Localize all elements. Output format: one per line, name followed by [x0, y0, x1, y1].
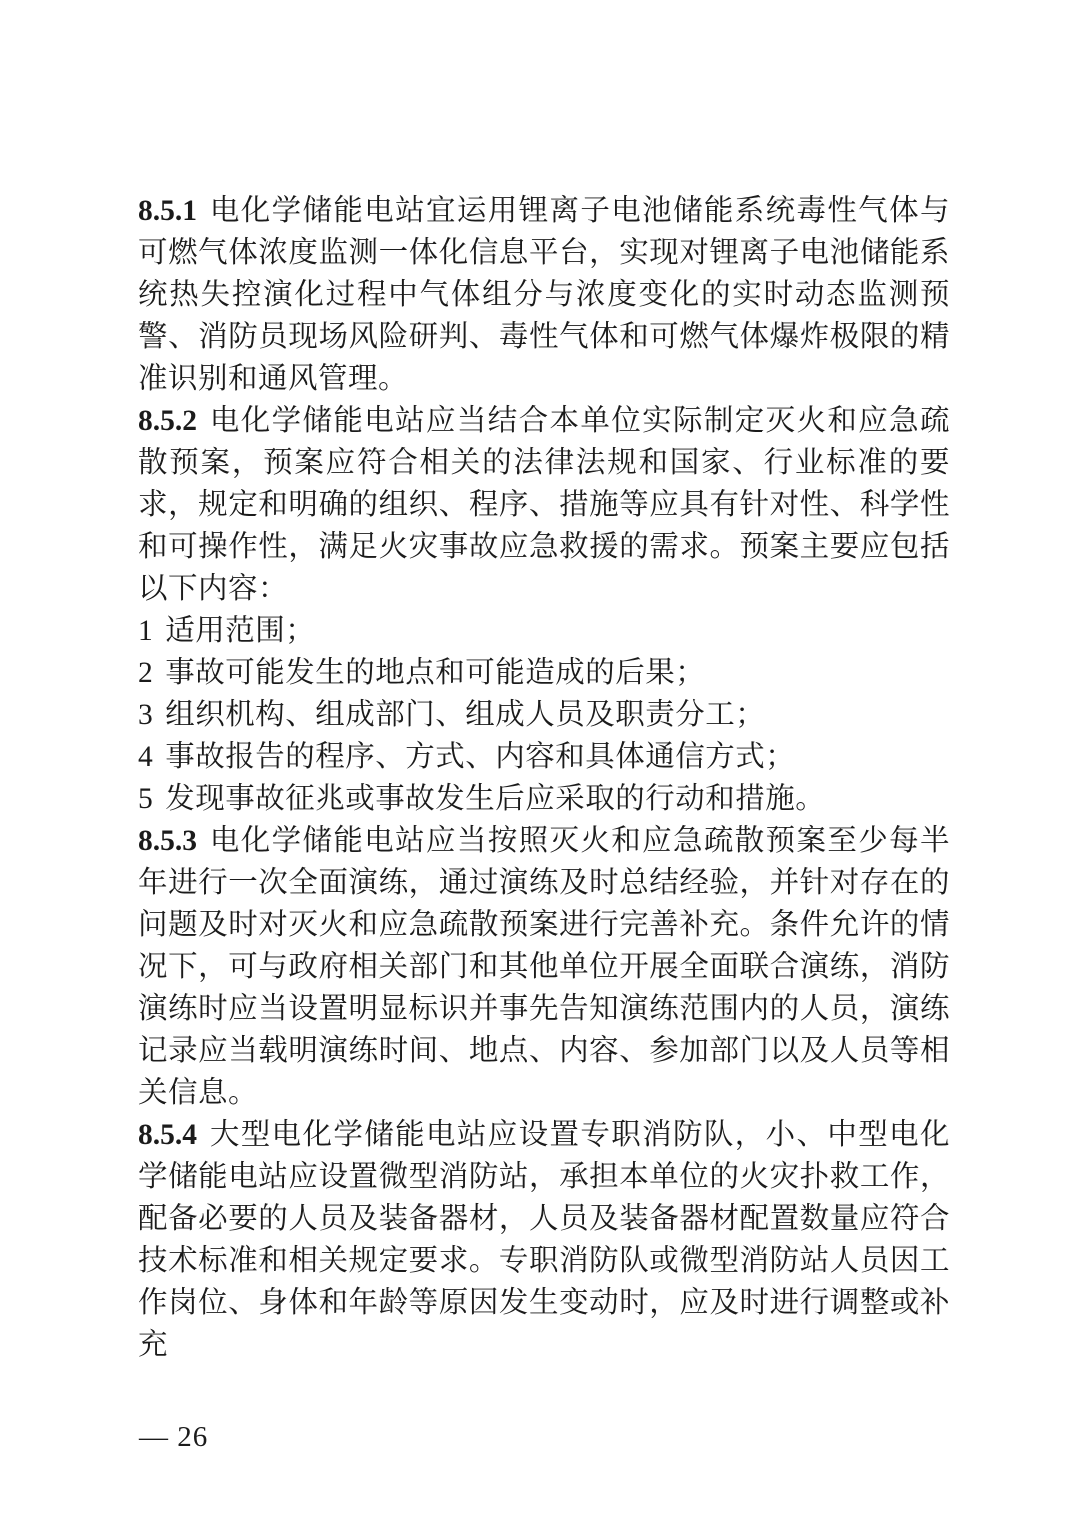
list-item: 3组织机构、组成部门、组成人员及职责分工； — [138, 694, 950, 736]
clause-8-5-2: 8.5.2电化学储能电站应当结合本单位实际制定灭火和应急疏散预案，预案应符合相关… — [138, 400, 950, 610]
clause-number: 8.5.4 — [138, 1119, 197, 1151]
list-item: 4事故报告的程序、方式、内容和具体通信方式； — [138, 736, 950, 778]
list-item-marker: 2 — [138, 657, 153, 689]
list-item-marker: 4 — [138, 741, 153, 773]
clause-number: 8.5.1 — [138, 195, 197, 227]
clause-8-5-3: 8.5.3电化学储能电站应当按照灭火和应急疏散预案至少每半年进行一次全面演练，通… — [138, 820, 950, 1114]
list-item-text: 组织机构、组成部门、组成人员及职责分工； — [165, 699, 765, 731]
page-number: — 26 — [139, 1420, 208, 1454]
list-item-text: 发现事故征兆或事故发生后应采取的行动和措施。 — [165, 783, 825, 815]
list-item-text: 事故报告的程序、方式、内容和具体通信方式； — [165, 741, 795, 773]
list-item: 2事故可能发生的地点和可能造成的后果； — [138, 652, 950, 694]
list-item-marker: 5 — [138, 783, 153, 815]
list-item-marker: 3 — [138, 699, 153, 731]
clause-text: 大型电化学储能电站应设置专职消防队，小、中型电化学储能电站应设置微型消防站，承担… — [138, 1119, 950, 1361]
clause-text: 电化学储能电站应当按照灭火和应急疏散预案至少每半年进行一次全面演练，通过演练及时… — [138, 825, 950, 1109]
list-item-marker: 1 — [138, 615, 153, 647]
clause-8-5-4: 8.5.4大型电化学储能电站应设置专职消防队，小、中型电化学储能电站应设置微型消… — [138, 1114, 950, 1366]
clause-text: 电化学储能电站应当结合本单位实际制定灭火和应急疏散预案，预案应符合相关的法律法规… — [138, 405, 950, 605]
clause-number: 8.5.3 — [138, 825, 197, 857]
list-item: 5发现事故征兆或事故发生后应采取的行动和措施。 — [138, 778, 950, 820]
document-body: 8.5.1电化学储能电站宜运用锂离子电池储能系统毒性气体与可燃气体浓度监测一体化… — [138, 190, 950, 1366]
clause-8-5-1: 8.5.1电化学储能电站宜运用锂离子电池储能系统毒性气体与可燃气体浓度监测一体化… — [138, 190, 950, 400]
clause-number: 8.5.2 — [138, 405, 197, 437]
document-page: 8.5.1电化学储能电站宜运用锂离子电池储能系统毒性气体与可燃气体浓度监测一体化… — [0, 0, 1080, 1528]
list-item: 1适用范围； — [138, 610, 950, 652]
list-item-text: 事故可能发生的地点和可能造成的后果； — [165, 657, 705, 689]
clause-text: 电化学储能电站宜运用锂离子电池储能系统毒性气体与可燃气体浓度监测一体化信息平台，… — [138, 195, 950, 395]
list-item-text: 适用范围； — [165, 615, 315, 647]
enumerated-list: 1适用范围； 2事故可能发生的地点和可能造成的后果； 3组织机构、组成部门、组成… — [138, 610, 950, 820]
